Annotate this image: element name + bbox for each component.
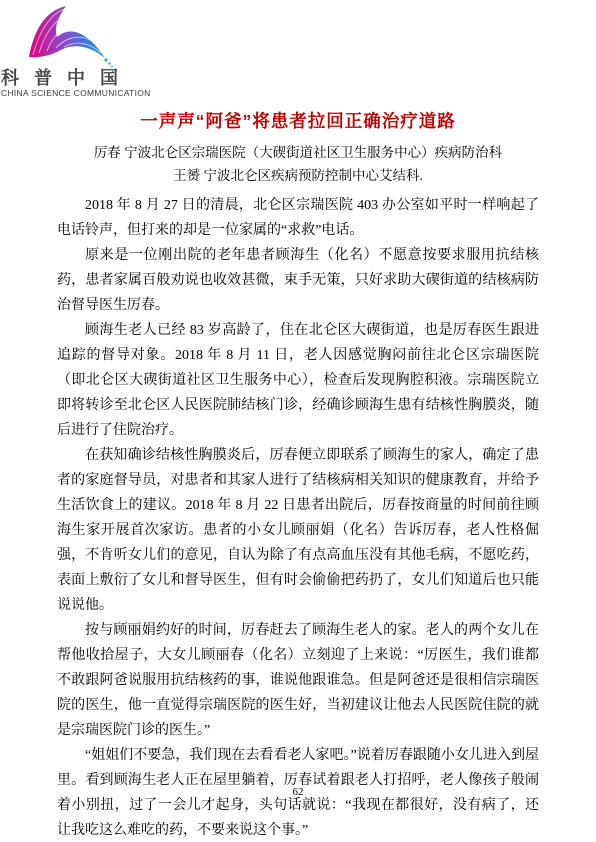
author-line-2: 王赟 宁波北仑区疾病预防控制中心艾结科. [0, 164, 596, 187]
paragraph: 顾海生老人已经 83 岁高龄了，住在北仑区大碶街道，也是厉春医生跟进追踪的督导对… [57, 318, 539, 443]
paragraph: 按与顾丽娟约好的时间，厉春赶去了顾海生老人的家。老人的两个女儿在帮他收拾屋子，大… [57, 618, 539, 743]
kepu-china-logo: 科 普 中 国 CHINA SCIENCE COMMUNICATION [0, 3, 170, 98]
paragraph: 2018 年 8 月 27 日的清晨，北仑区宗瑞医院 403 办公室如平时一样响… [57, 193, 539, 243]
logo-swoosh-icon [22, 3, 116, 69]
logo-chinese-name: 科 普 中 国 [1, 69, 170, 87]
article-body: 2018 年 8 月 27 日的清晨，北仑区宗瑞医院 403 办公室如平时一样响… [57, 193, 539, 842]
paragraph: 原来是一位刚出院的老年患者顾海生（化名）不愿意按要求服用抗结核药，患者家属百般劝… [57, 243, 539, 318]
author-block: 厉春 宁波北仑区宗瑞医院（大碶街道社区卫生服务中心）疾病防治科 王赟 宁波北仑区… [0, 141, 596, 187]
page-number: 62 [0, 786, 596, 798]
document-page: 科 普 中 国 CHINA SCIENCE COMMUNICATION 一声声“… [0, 0, 596, 842]
logo-english-name: CHINA SCIENCE COMMUNICATION [1, 88, 170, 98]
paragraph: 在获知确诊结核性胸膜炎后，厉春便立即联系了顾海生的家人，确定了患者的家庭督导员，… [57, 443, 539, 618]
author-line-1: 厉春 宁波北仑区宗瑞医院（大碶街道社区卫生服务中心）疾病防治科 [0, 141, 596, 164]
article-title: 一声声“阿爸”将患者拉回正确治疗道路 [0, 108, 596, 133]
